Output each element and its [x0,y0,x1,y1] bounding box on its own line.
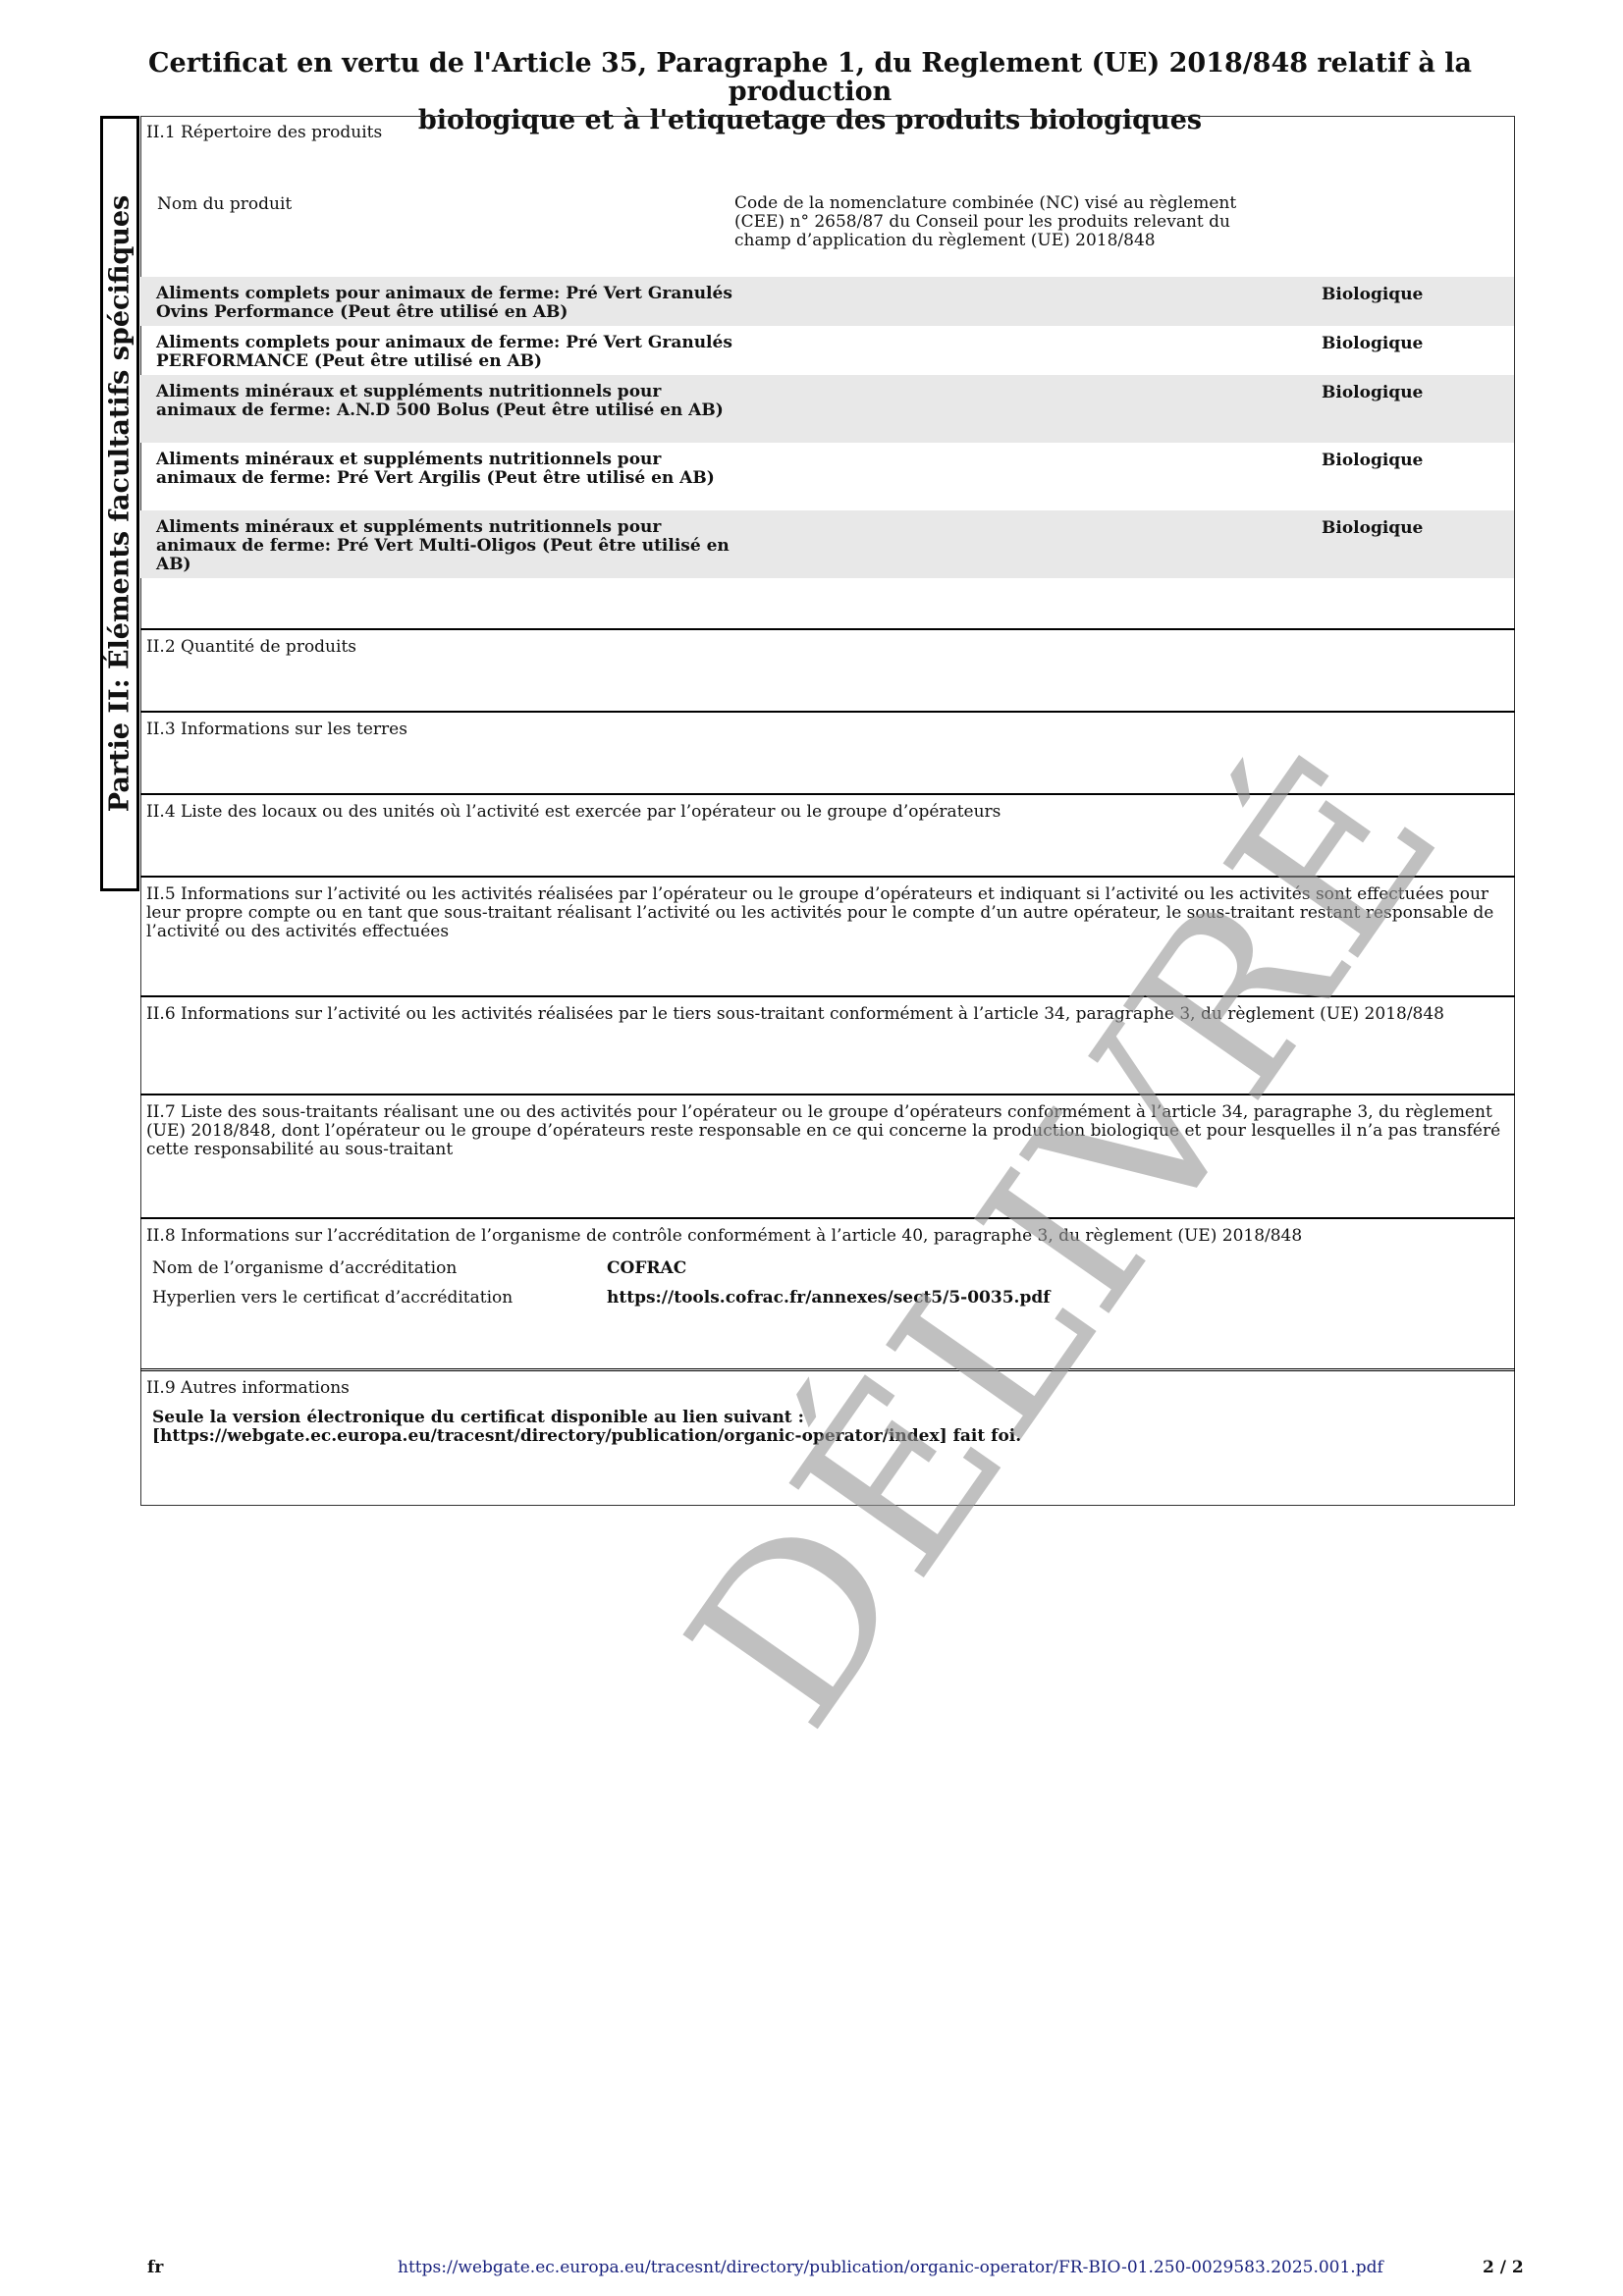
section-title: II.7 Liste des sous-traitants réalisant … [146,1103,1501,1159]
product-status: Biologique [1322,285,1423,304]
section-title: II.3 Informations sur les terres [146,721,1501,739]
product-name: Aliments minéraux et suppléments nutriti… [156,518,735,574]
section-title: II.8 Informations sur l’accréditation de… [146,1227,1501,1246]
part-side-label: Partie II: Éléments facultatifs spécifiq… [100,116,139,891]
product-name: Aliments complets pour animaux de ferme:… [156,285,735,322]
product-name: Aliments minéraux et suppléments nutriti… [156,451,735,488]
column-header-cn-code: Code de la nomenclature combinée (NC) vi… [734,194,1284,250]
accreditation-link-label: Hyperlien vers le certificat d’accrédita… [152,1288,513,1308]
product-status: Biologique [1322,451,1423,470]
part-label-text: Partie II: Éléments facultatifs spécifiq… [105,195,135,813]
section-ii-4: II.4 Liste des locaux ou des unités où l… [140,793,1515,876]
title-line-1: Certificat en vertu de l'Article 35, Par… [98,49,1522,106]
footer-page-number: 2 / 2 [1483,2258,1524,2277]
other-information-text: Seule la version électronique du certifi… [152,1409,1021,1446]
product-status: Biologique [1322,383,1423,402]
section-title: II.5 Informations sur l’activité ou les … [146,885,1501,941]
accreditation-body-value: COFRAC [607,1258,686,1278]
product-row: Aliments complets pour animaux de ferme:… [140,277,1514,326]
section-ii-5: II.5 Informations sur l’activité ou les … [140,876,1515,995]
footer-language: fr [147,2258,163,2277]
product-name: Aliments complets pour animaux de ferme:… [156,334,735,371]
section-title: II.6 Informations sur l’activité ou les … [146,1005,1501,1024]
section-title: II.2 Quantité de produits [146,638,1501,657]
section-ii-3: II.3 Informations sur les terres [140,711,1515,793]
accreditation-link[interactable]: https://tools.cofrac.fr/annexes/sect5/5-… [607,1288,1051,1308]
product-name: Aliments minéraux et suppléments nutriti… [156,383,735,420]
section-ii-7: II.7 Liste des sous-traitants réalisant … [140,1094,1515,1217]
product-row: Aliments minéraux et suppléments nutriti… [140,375,1514,443]
section-title: II.1 Répertoire des produits [146,124,1501,142]
product-row: Aliments complets pour animaux de ferme:… [140,326,1514,375]
accreditation-body-label: Nom de l’organisme d’accréditation [152,1258,457,1278]
product-status: Biologique [1322,334,1423,353]
section-title: II.4 Liste des locaux ou des unités où l… [146,803,1501,822]
product-row: Aliments minéraux et suppléments nutriti… [140,510,1514,578]
section-ii-6: II.6 Informations sur l’activité ou les … [140,995,1515,1094]
column-header-product-name: Nom du produit [157,194,292,214]
other-info-line-1: Seule la version électronique du certifi… [152,1409,1021,1427]
product-status: Biologique [1322,518,1423,538]
other-info-line-2: [https://webgate.ec.europa.eu/tracesnt/d… [152,1427,1021,1446]
section-title: II.9 Autres informations [146,1379,1501,1398]
footer-document-link[interactable]: https://webgate.ec.europa.eu/tracesnt/di… [398,2258,1383,2277]
product-row: Aliments minéraux et suppléments nutriti… [140,443,1514,510]
section-ii-2: II.2 Quantité de produits [140,628,1515,711]
